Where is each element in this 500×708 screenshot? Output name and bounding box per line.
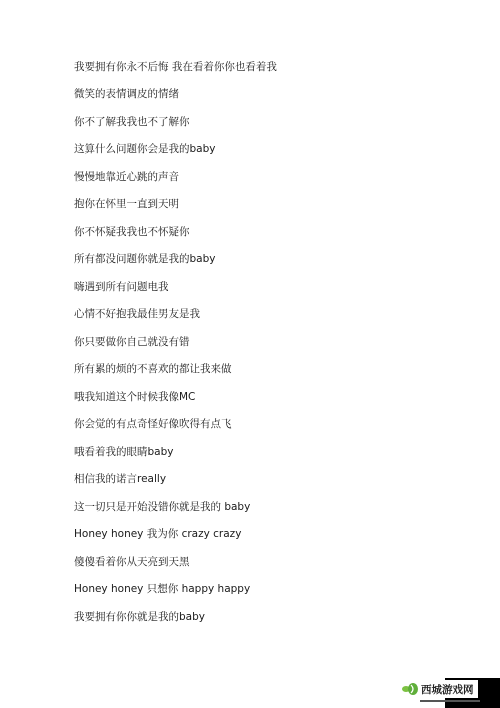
watermark: 西城游戏网 <box>400 678 500 708</box>
lyric-line: 你只要做你自己就没有错 <box>74 335 190 349</box>
lyric-line: 心情不好抱我最佳男友是我 <box>74 307 200 321</box>
lyric-line: Honey honey 我为你 crazy crazy <box>74 527 241 541</box>
lyric-line: 慢慢地靠近心跳的声音 <box>74 170 179 184</box>
watermark-text: 西城游戏网 <box>421 682 474 697</box>
lyric-line: 这算什么问题你会是我的baby <box>74 142 215 156</box>
watermark-underline <box>420 700 480 702</box>
lyric-line: 我要拥有你永不后悔 我在看着你你也看着我 <box>74 60 277 74</box>
lyric-line: 相信我的诺言really <box>74 472 166 486</box>
lyric-line: 嗨遇到所有问题电我 <box>74 280 169 294</box>
lyric-line: 抱你在怀里一直到天明 <box>74 197 179 211</box>
lyric-line: 你不怀疑我我也不怀疑你 <box>74 225 190 239</box>
green-leaf-logo-icon <box>402 682 418 696</box>
lyric-line: 我要拥有你你就是我的baby <box>74 610 205 624</box>
lyric-line: 微笑的表情调皮的情绪 <box>74 87 179 101</box>
watermark-badge: 西城游戏网 <box>400 680 478 698</box>
lyric-line: 傻傻看着你从天亮到天黑 <box>74 555 190 569</box>
lyric-line: 所有都没问题你就是我的baby <box>74 252 215 266</box>
lyric-line: 你不了解我我也不了解你 <box>74 115 190 129</box>
lyric-line: Honey honey 只想你 happy happy <box>74 582 250 596</box>
lyric-line: 哦看着我的眼睛baby <box>74 445 173 459</box>
lyric-line: 所有累的烦的不喜欢的都让我来做 <box>74 362 232 376</box>
lyric-line: 这一切只是开始没错你就是我的 baby <box>74 500 250 514</box>
lyric-line: 哦我知道这个时候我像MC <box>74 390 195 404</box>
lyric-line: 你会觉的有点奇怪好像吹得有点飞 <box>74 417 232 431</box>
